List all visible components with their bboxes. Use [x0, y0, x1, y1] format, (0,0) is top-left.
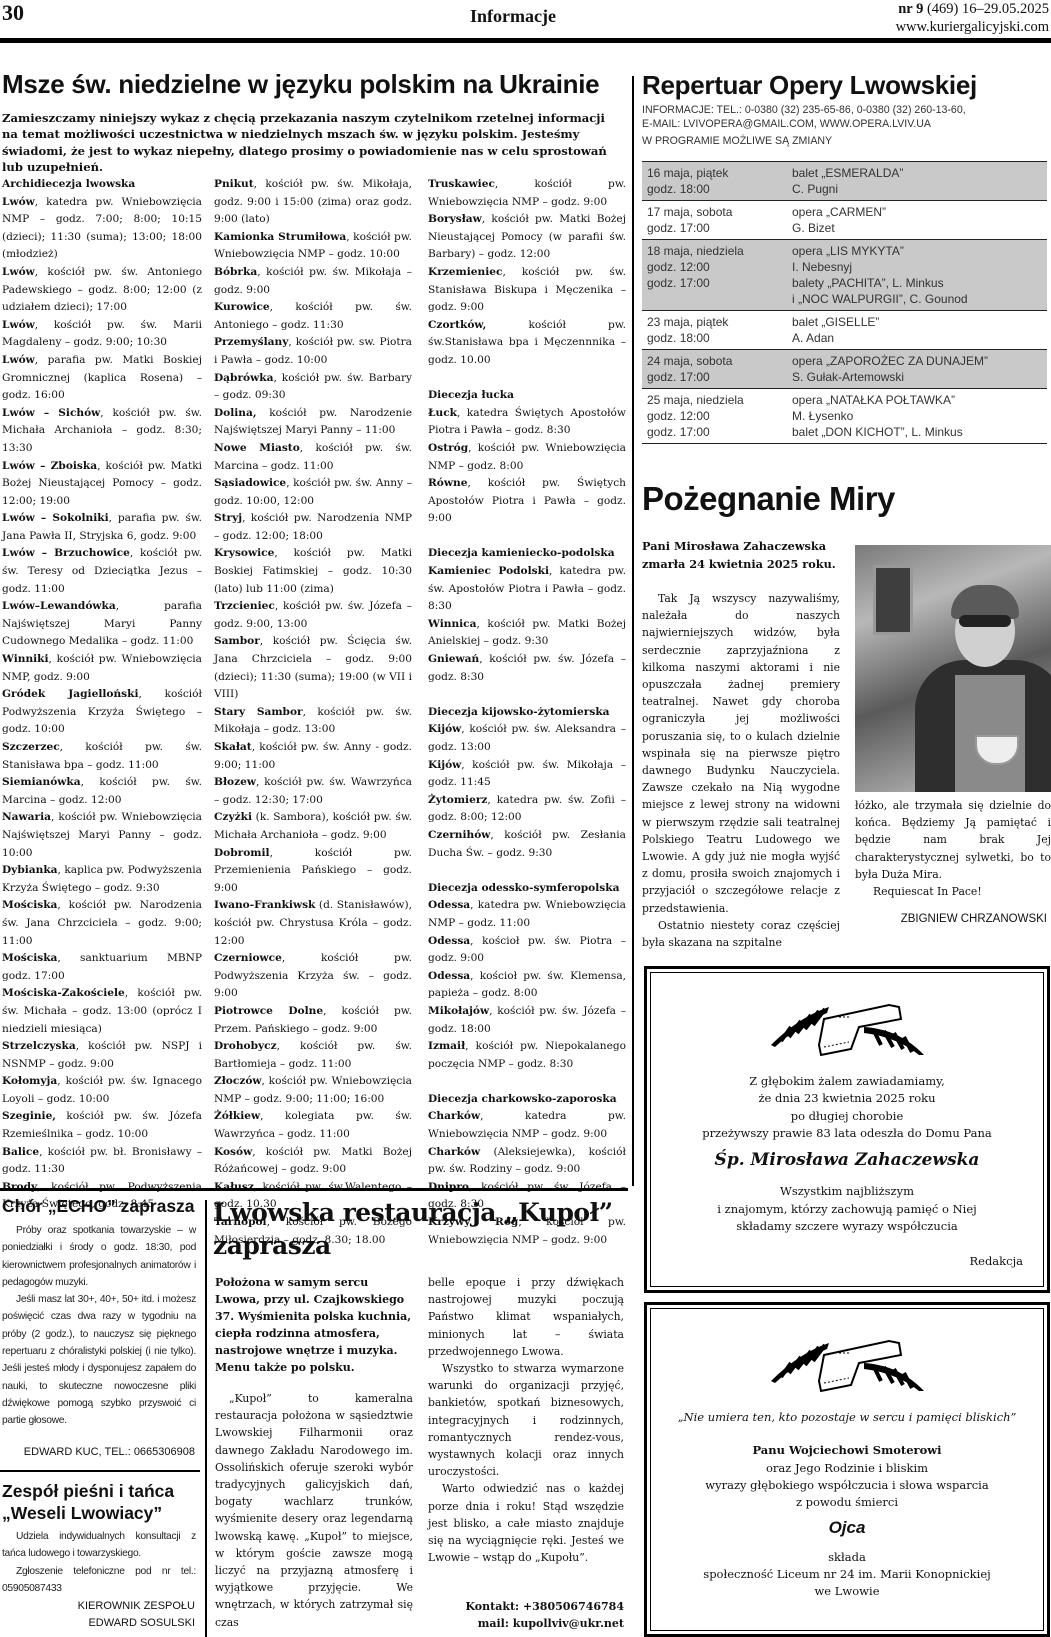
mass-place: Lwów – Sokolniki	[2, 512, 109, 524]
mass-listing: Czernihów, kościół pw. Zesłania Ducha Św…	[428, 827, 626, 862]
mass-place: Iwano-Frankiwsk	[214, 899, 315, 911]
mass-listing: Szczerzec, kościół pw. św. Stanisława bp…	[2, 739, 202, 774]
mass-place: Brody	[2, 1181, 37, 1193]
obituary-text: Wszystkim najbliższym	[651, 1183, 1043, 1200]
mass-listing: Dybianka, kaplica pw. Podwyższenia Krzyż…	[2, 862, 202, 897]
mass-place: Nowe Miasto	[214, 442, 300, 454]
mass-place: Lwów	[2, 354, 35, 366]
mass-listing: Borysław, kościół pw. Matki Bożej Nieust…	[428, 211, 626, 264]
farewell-title: Pożegnanie Miry	[642, 480, 895, 518]
opera-contact-email: E-MAIL: LVIVOPERA@GMAIL.COM, WWW.OPERA.L…	[642, 117, 966, 131]
mass-place: Kosów	[214, 1146, 252, 1158]
mass-listing: Lwów – Brzuchowice, kościół pw. św. Tere…	[2, 545, 202, 598]
mass-place: Trzcieniec	[214, 600, 275, 612]
mass-listing: Czortków, kościół pw. św.Stanisława bpa …	[428, 317, 626, 370]
mass-details: , katedra Świętych Apostołów Piotra i Pa…	[428, 407, 626, 437]
issue-info: nr 9 (469) 16–29.05.2025 www.kuriergalic…	[896, 0, 1049, 36]
mass-listing: Szeginie, kościół pw. św. Józefa Rzemieś…	[2, 1108, 202, 1143]
cross-palm-icon	[769, 997, 929, 1057]
opera-contact-phone: INFORMACJE: TEL.: 0-0380 (32) 235-65-86,…	[642, 103, 966, 117]
mass-listing: Lwów – Zboiska, kościół pw. Matki Bożej …	[2, 458, 202, 511]
mass-listing: Odessa, kościoł pw. św. Klemensa, papież…	[428, 968, 626, 1003]
mass-listing: Krysowice, kościół pw. Matki Boskiej Fat…	[214, 545, 412, 598]
choir-body: Próby oraz spotkania towarzyskie – w pon…	[2, 1222, 196, 1430]
mass-place: Balice	[2, 1146, 39, 1158]
mass-place: Nawaria	[2, 811, 51, 823]
mass-listing: Iwano-Frankiwsk (d. Stanisławów), kośció…	[214, 897, 412, 950]
opera-schedule-table: 16 maja, piątekgodz. 18:00balet „ESMERAL…	[642, 161, 1047, 444]
opera-row: 24 maja, sobotagodz. 17:00opera „ZAPOROŻ…	[642, 350, 1047, 389]
mass-place: Sąsiadowice	[214, 477, 286, 489]
opera-info: INFORMACJE: TEL.: 0-0380 (32) 235-65-86,…	[642, 103, 966, 148]
opera-performance: opera „LIS MYKYTA”I. Nebesnyjbalety „PAC…	[787, 240, 1047, 311]
opera-note: W PROGRAMIE MOŻLIWE SĄ ZMIANY	[642, 134, 966, 148]
mass-place: Czyżki	[214, 811, 252, 823]
choir-signature: EDWARD KUC, TEL.: 0665306908	[24, 1446, 195, 1458]
mass-place: Kamionka Strumiłowa	[214, 231, 346, 243]
dance-paragraph: Udziela indywidualnych konsultacji z tań…	[2, 1528, 196, 1563]
condolence-text: z powodu śmierci	[651, 1494, 1043, 1511]
mass-place: Szeginie,	[2, 1110, 56, 1122]
mass-place: Mikołajów	[428, 1005, 489, 1017]
mass-place: Kijów	[428, 723, 461, 735]
opera-date: 17 maja, sobotagodz. 17:00	[642, 201, 787, 240]
mass-listing: Równe, kościół pw. Świętych Apostołów Pi…	[428, 475, 626, 528]
mass-listing: Truskawiec, kościół pw. Wniebowzięcia NM…	[428, 176, 626, 211]
mass-place: Skałat	[214, 741, 252, 753]
opera-date: 16 maja, piątekgodz. 18:00	[642, 162, 787, 201]
mass-listing: Stary Sambor, kościół pw. św. Mikołaja –…	[214, 704, 412, 739]
farewell-paragraph: Ostatnio niestety coraz częściej była sk…	[642, 917, 840, 951]
mass-place: Gniewań	[428, 653, 479, 665]
obituary-text: składamy szczere wyrazy współczucia	[651, 1218, 1043, 1235]
mass-place: Równe	[428, 477, 467, 489]
mass-place: Winniki	[2, 653, 49, 665]
mass-listing: Mościska-Zakościele, kościół pw. św. Mic…	[2, 985, 202, 1038]
mass-place: Lwów	[2, 266, 35, 278]
mass-place: Borysław	[428, 213, 482, 225]
mass-place: Stary Sambor	[214, 706, 303, 718]
opera-date: 23 maja, piątekgodz. 18:00	[642, 311, 787, 350]
mass-listing: Lwów – Sichów, kościół pw. św. Michała A…	[2, 405, 202, 458]
opera-row: 25 maja, niedzielagodz. 12:00godz. 17:00…	[642, 389, 1047, 444]
section-rule	[0, 1470, 200, 1472]
dance-title: Zespół pieśni i tańca „Weseli Lwowiacy”	[2, 1480, 202, 1524]
mass-place: Kijów	[428, 759, 461, 771]
obituary-signature: Redakcja	[651, 1253, 1043, 1270]
mass-listing: Kamionka Strumiłowa, kościół pw. Wniebow…	[214, 229, 412, 264]
mass-place: Czerniowce	[214, 952, 282, 964]
spacer	[428, 862, 626, 880]
mass-listing: Strzelczyska, kościół pw. NSPJ i NSNMP –…	[2, 1038, 202, 1073]
mass-place: Sambor	[214, 635, 260, 647]
dance-signature: KIEROWNIK ZESPOŁU EDWARD SOSULSKI	[78, 1598, 195, 1632]
farewell-paragraph: Tak Ją wszyscy nazywaliśmy, należała do …	[642, 590, 840, 917]
opera-row: 16 maja, piątekgodz. 18:00balet „ESMERAL…	[642, 162, 1047, 201]
mass-place: Kamieniec Podolski	[428, 565, 549, 577]
restaurant-title: Lwowska restauracja „Kupoł” zaprasza	[213, 1196, 633, 1262]
mass-place: Drohobycz	[214, 1040, 277, 1052]
mass-place: Odessa	[428, 935, 470, 947]
spacer	[428, 1073, 626, 1091]
mass-listing: Odessa, kościoł pw. św. Piotra – godz. 9…	[428, 933, 626, 968]
mass-listing: Czerniowce, kościół pw. Podwyższenia Krz…	[214, 950, 412, 1003]
mass-place: Odessa	[428, 970, 470, 982]
mass-place: Dobromil	[214, 847, 270, 859]
mass-place: Mościska	[2, 899, 57, 911]
condolence-text: we Lwowie	[651, 1583, 1043, 1600]
mass-listing: Siemianówka, kościół pw. św. Marcina – g…	[2, 774, 202, 809]
obituary-text: że dnia 23 kwietnia 2025 roku	[651, 1090, 1043, 1107]
restaurant-paragraph: belle epoque i przy dźwiękach nastrojowe…	[428, 1274, 624, 1360]
restaurant-contact: Kontakt: +380506746784 mail: kupollviv@u…	[465, 1598, 624, 1632]
opera-performance: opera „ZAPOROŻEC ZA DUNAJEM”S. Gułak-Art…	[787, 350, 1047, 389]
diocese-heading: Diecezja łucka	[428, 387, 626, 405]
spacer	[428, 686, 626, 704]
mass-place: Lwów–Lewandówka	[2, 600, 116, 612]
restaurant-paragraph: Warto odwiedzić nas o każdej porze dnia …	[428, 1480, 624, 1566]
mass-place: Złoczów	[214, 1075, 262, 1087]
obituary-text: po długiej chorobie	[651, 1108, 1043, 1125]
mass-place: Charków	[428, 1110, 480, 1122]
mass-listing: Błozew, kościół pw. św. Wawrzyńca – godz…	[214, 774, 412, 809]
mass-listing: Kamieniec Podolski, katedra pw. św. Apos…	[428, 563, 626, 616]
opera-performance: balet „GISELLE”A. Adan	[787, 311, 1047, 350]
mass-listing: Żytomierz, katedra pw. św. Zofii – godz.…	[428, 792, 626, 827]
mass-listing: Kijów, kościół pw. św. Aleksandra – godz…	[428, 721, 626, 756]
restaurant-body-col2: belle epoque i przy dźwiękach nastrojowe…	[428, 1274, 624, 1566]
choir-paragraph: Jeśli masz lat 30+, 40+, 50+ itd. i może…	[2, 1291, 196, 1429]
obituary-text: Z głębokim żalem zawiadamiamy,	[651, 1073, 1043, 1090]
mass-listing: Kołomyja, kościół pw. św. Ignacego Loyol…	[2, 1073, 202, 1108]
mass-place: Truskawiec	[428, 178, 495, 190]
farewell-lead: Pani Mirosława Zahaczewska zmarła 24 kwi…	[642, 538, 842, 573]
mass-place: Winnica	[428, 618, 476, 630]
deceased-relation: Ojca	[651, 1519, 1043, 1536]
mass-listing: Lwów, katedra pw. Wniebowzięcia NMP – go…	[2, 194, 202, 264]
mass-place: Ostróg	[428, 442, 468, 454]
header-rule	[0, 38, 1051, 43]
mass-listing: Mikołajów, kościół pw. św. Józefa – godz…	[428, 1003, 626, 1038]
condolence-recipient: Panu Wojciechowi Smoterowi	[651, 1442, 1043, 1459]
mass-place: Dolina,	[214, 407, 257, 419]
masthead: 30 Informacje nr 9 (469) 16–29.05.2025 w…	[0, 0, 1051, 44]
mass-listing: Lwów, kościół pw. św. Antoniego Padewski…	[2, 264, 202, 317]
mass-listing: Dolina, kościół pw. Narodzenie Najświęts…	[214, 405, 412, 440]
diocese-heading: Diecezja odessko-symferopolska	[428, 880, 626, 898]
mass-place: Gródek Jagielloński	[2, 688, 138, 700]
mass-place: Kołomyja	[2, 1075, 57, 1087]
mass-listing: Łuck, katedra Świętych Apostołów Piotra …	[428, 405, 626, 440]
mass-place: Bóbrka	[214, 266, 257, 278]
mass-place: Lwów – Sichów	[2, 407, 100, 419]
mass-place: Mościska-Zakościele	[2, 987, 125, 999]
mass-listing: Balice, kościół pw. bł. Bronisławy – god…	[2, 1144, 202, 1179]
mass-place: Czernihów	[428, 829, 490, 841]
mass-place: Krysowice	[214, 547, 274, 559]
mass-place: Piotrowce Dolne	[214, 1005, 323, 1017]
mass-listing: Pnikut, kościół pw. św. Mikołaja, godz. …	[214, 176, 412, 229]
mass-place: Żółkiew	[214, 1110, 260, 1122]
condolence-text: oraz Jego Rodzinie i bliskim	[651, 1460, 1043, 1477]
mass-listing: Odessa, katedra pw. Wniebowzięcia NMP – …	[428, 897, 626, 932]
opera-date: 24 maja, sobotagodz. 17:00	[642, 350, 787, 389]
restaurant-lead: Położona w samym sercu Lwowa, przy ul. C…	[215, 1274, 415, 1376]
dance-body: Udziela indywidualnych konsultacji z tań…	[2, 1528, 196, 1597]
mass-listing: Charków, katedra pw. Wniebowzięcia NMP –…	[428, 1108, 626, 1143]
mass-listing: Żółkiew, kolegiata pw. św. Wawrzyńca – g…	[214, 1108, 412, 1143]
mass-listing: Mościska, kościół pw. Narodzenia św. Jan…	[2, 897, 202, 950]
mass-listing: Mościska, sanktuarium MBNP godz. 17:00	[2, 950, 202, 985]
mass-place: Dnipro	[428, 1181, 469, 1193]
opera-performance: opera „NATAŁKA POŁTAWKA”M. Łysenkobalet …	[787, 389, 1047, 444]
mass-listing: Stryj, kościół pw. Narodzenia NMP – godz…	[214, 510, 412, 545]
opera-performance: opera „CARMEN”G. Bizet	[787, 201, 1047, 240]
diocese-heading: Diecezja kijowsko-żytomierska	[428, 704, 626, 722]
mass-listing: Nowe Miasto, kościół pw. św. Marcina – g…	[214, 440, 412, 475]
farewell-body: Tak Ją wszyscy nazywaliśmy, należała do …	[642, 590, 840, 951]
mass-listing: Bóbrka, kościół pw. św. Mikołaja – godz.…	[214, 264, 412, 299]
diocese-heading: Archidiecezja lwowska	[2, 176, 202, 194]
condolence-quote: „Nie umiera ten, kto pozostaje w sercu i…	[651, 1409, 1043, 1426]
column-divider	[632, 76, 634, 1186]
mass-place: Szczerzec	[2, 741, 60, 753]
mass-listing: Trzcieniec, kościół pw. św. Józefa – god…	[214, 598, 412, 633]
restaurant-paragraph: Wszystko to stwarza wymarzone warunki do…	[428, 1360, 624, 1480]
mass-listing: Skałat, kościół pw. św. Anny - godz. 9:0…	[214, 739, 412, 774]
mass-place: Charków	[428, 1146, 480, 1158]
mass-listing: Dobromil, kościół pw. Przemienienia Pańs…	[214, 845, 412, 898]
obituary-text: i znajomym, którzy zachowują pamięć o Ni…	[651, 1201, 1043, 1218]
opera-date: 18 maja, niedzielagodz. 12:00godz. 17:00	[642, 240, 787, 311]
mass-listing: Czyżki (k. Sambora), kościół pw. św. Mic…	[214, 809, 412, 844]
opera-row: 23 maja, piątekgodz. 18:00balet „GISELLE…	[642, 311, 1047, 350]
farewell-paragraph: łóżko, ale trzymała się dzielnie do końc…	[855, 799, 1051, 881]
mass-place: Strzelczyska	[2, 1040, 76, 1052]
opera-title: Repertuar Opery Lwowskiej	[642, 70, 977, 101]
obituary-box: Z głębokim żalem zawiadamiamy, że dnia 2…	[644, 966, 1050, 1293]
mass-place: Błozew	[214, 776, 256, 788]
mass-listing: Lwów – Sokolniki, parafia pw. św. Jana P…	[2, 510, 202, 545]
mass-place: Siemianówka	[2, 776, 81, 788]
farewell-rip: Requiescat In Pace!	[855, 883, 1051, 900]
condolence-text: wyrazy głębokiego współczucia i słowa ws…	[651, 1477, 1043, 1494]
column-divider	[205, 1200, 207, 1637]
restaurant-email[interactable]: mail: kupollviv@ukr.net	[465, 1615, 624, 1632]
section-title: Informacje	[470, 6, 556, 27]
mass-place: Czortków,	[428, 319, 486, 331]
diocese-heading: Diecezja kamieniecko-podolska	[428, 545, 626, 563]
mass-listing: Lwów–Lewandówka, parafia Najświętszej Ma…	[2, 598, 202, 651]
condolence-box: „Nie umiera ten, kto pozostaje w sercu i…	[644, 1302, 1050, 1637]
restaurant-body-col1: „Kupoł” to kameralna restauracja położon…	[215, 1390, 413, 1631]
website-link[interactable]: www.kuriergalicyjski.com	[896, 18, 1049, 36]
diocese-heading: Diecezja charkowsko-zaporoska	[428, 1091, 626, 1109]
opera-row: 17 maja, sobotagodz. 17:00opera „CARMEN”…	[642, 201, 1047, 240]
mass-listing: Piotrowce Dolne, kościół pw. Przem. Pańs…	[214, 1003, 412, 1038]
mass-listing: Charków (Aleksiejewka), kościół pw. św. …	[428, 1144, 626, 1179]
mass-place: Odessa	[428, 899, 470, 911]
mass-place: Żytomierz	[428, 794, 487, 806]
section-rule	[0, 1188, 628, 1191]
deceased-name: Śp. Mirosława Zahaczewska	[651, 1152, 1043, 1169]
portrait-photo	[855, 545, 1051, 792]
mass-place: Dąbrówka	[214, 372, 273, 384]
spacer	[428, 370, 626, 388]
mass-place: Lwów – Zboiska	[2, 460, 97, 472]
choir-paragraph: Próby oraz spotkania towarzyskie – w pon…	[2, 1222, 196, 1291]
spacer	[428, 528, 626, 546]
farewell-author: ZBIGNIEW CHRZANOWSKI	[901, 913, 1047, 925]
opera-performance: balet „ESMERALDA”C. Pugni	[787, 162, 1047, 201]
mass-listing: Kijów, kościół pw. św. Mikołaja – godz. …	[428, 757, 626, 792]
farewell-continued: łóżko, ale trzymała się dzielnie do końc…	[855, 797, 1051, 900]
cross-palm-icon	[769, 1333, 929, 1393]
masses-column-2: Pnikut, kościół pw. św. Mikołaja, godz. …	[214, 176, 412, 1249]
mass-place: Mościska	[2, 952, 57, 964]
restaurant-paragraph: „Kupoł” to kameralna restauracja położon…	[215, 1390, 413, 1631]
condolence-text: społeczność Liceum nr 24 im. Marii Konop…	[651, 1566, 1043, 1583]
condolence-text: składa	[651, 1549, 1043, 1566]
masses-title: Msze św. niedzielne w języku polskim na …	[2, 69, 599, 100]
mass-listing: Kosów, kościół pw. Matki Bożej Różańcowe…	[214, 1144, 412, 1179]
mass-listing: Sąsiadowice, kościół pw. św. Anny – godz…	[214, 475, 412, 510]
masses-column-1: Archidiecezja lwowskaLwów, katedra pw. W…	[2, 176, 202, 1214]
mass-place: Lwów	[2, 319, 35, 331]
mass-listing: Ostróg, kościół pw. Wniebowzięcia NMP – …	[428, 440, 626, 475]
mass-listing: Gniewań, kościół pw. św. Józefa – godz. …	[428, 651, 626, 686]
mass-place: Dybianka	[2, 864, 58, 876]
mass-place: Kurowice	[214, 301, 270, 313]
dance-paragraph: Zgłoszenie telefoniczne pod nr tel.: 059…	[2, 1563, 196, 1598]
mass-listing: Dąbrówka, kościół pw. św. Barbary – godz…	[214, 370, 412, 405]
mass-place: Krzemieniec	[428, 266, 502, 278]
mass-place: Lwów – Brzuchowice	[2, 547, 130, 559]
mass-listing: Przemyślany, kościół pw. sw. Piotra i Pa…	[214, 334, 412, 369]
mass-listing: Winniki, kościół pw. Wniebowzięcia NMP, …	[2, 651, 202, 686]
opera-row: 18 maja, niedzielagodz. 12:00godz. 17:00…	[642, 240, 1047, 311]
opera-date: 25 maja, niedzielagodz. 12:00godz. 17:00	[642, 389, 787, 444]
mass-place: Lwów	[2, 196, 35, 208]
issue-number: nr 9	[898, 1, 923, 17]
obituary-text: przeżywszy prawie 83 lata odeszła do Dom…	[651, 1125, 1043, 1142]
page-number: 30	[2, 0, 24, 26]
issue-dates: (469) 16–29.05.2025	[927, 1, 1049, 17]
mass-place: Stryj	[214, 512, 242, 524]
mass-listing: Izmaił, kościół pw. Niepokalanego poczęc…	[428, 1038, 626, 1073]
mass-listing: Gródek Jagielloński, kościół Podwyższeni…	[2, 686, 202, 739]
restaurant-phone[interactable]: Kontakt: +380506746784	[465, 1598, 624, 1615]
mass-listing: Drohobycz, kościół pw. św. Bartłomieja –…	[214, 1038, 412, 1073]
mass-listing: Sambor, kościół pw. Ścięcia św. Jana Chr…	[214, 633, 412, 703]
mass-listing: Lwów, kościół pw. św. Marii Magdaleny – …	[2, 317, 202, 352]
mass-listing: Krzemieniec, kościół pw. św. Stanisława …	[428, 264, 626, 317]
mass-listing: Złoczów, kościół pw. Wniebowzięcia NMP –…	[214, 1073, 412, 1108]
mass-listing: Winnica, kościół pw. Matki Bożej Anielsk…	[428, 616, 626, 651]
mass-place: Łuck	[428, 407, 457, 419]
mass-place: Pnikut	[214, 178, 254, 190]
mass-listing: Nawaria, kościół pw. Wniebowzięcia Najśw…	[2, 809, 202, 862]
mass-listing: Kurowice, kościół pw. św. Antoniego – go…	[214, 299, 412, 334]
mass-place: Kałusz	[214, 1181, 254, 1193]
mass-listing: Lwów, parafia pw. Matki Boskiej Gromnicz…	[2, 352, 202, 405]
mass-details: , kościół pw. Narodzenia NMP – godz. 12:…	[214, 512, 412, 542]
masses-column-3: Truskawiec, kościół pw. Wniebowzięcia NM…	[428, 176, 626, 1249]
mass-place: Izmaił	[428, 1040, 465, 1052]
choir-title: Chór „ECHO” zaprasza	[2, 1196, 195, 1217]
mass-place: Przemyślany	[214, 336, 288, 348]
masses-lead: Zamieszczamy niniejszy wykaz z chęcią pr…	[2, 110, 617, 175]
